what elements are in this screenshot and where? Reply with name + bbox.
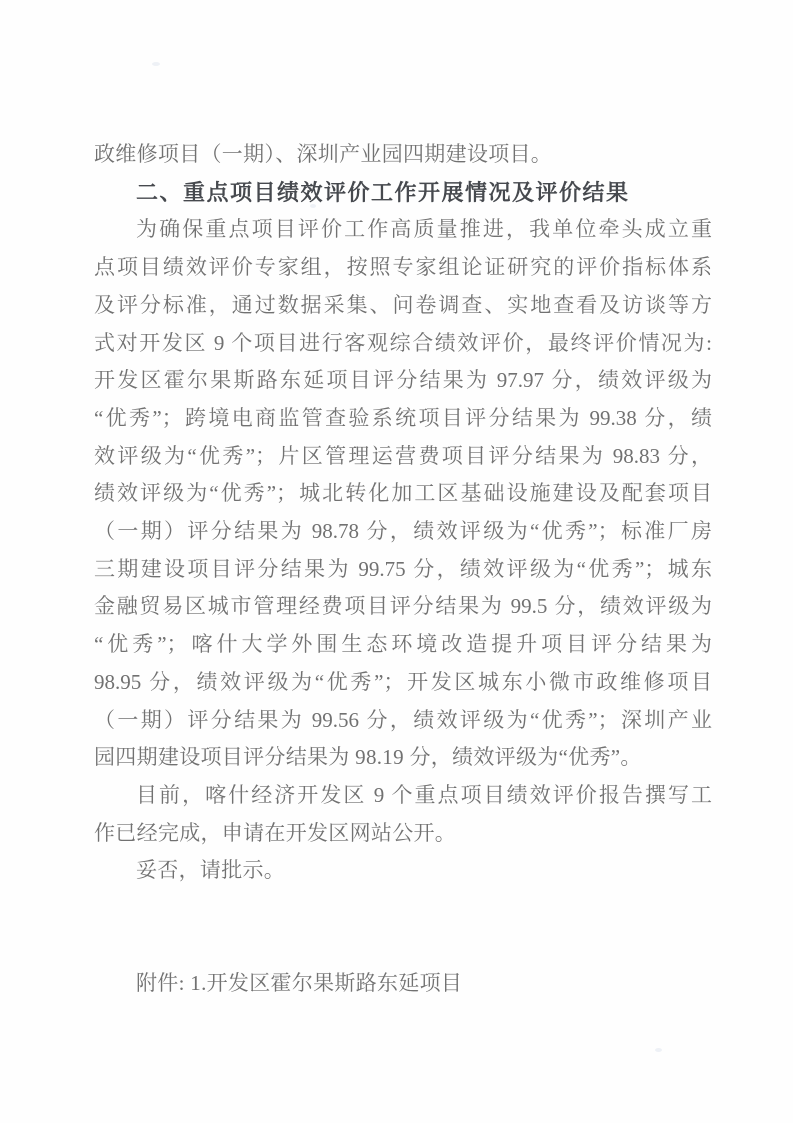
document-body: 政维修项目（一期）、深圳产业园四期建设项目。 二、重点项目绩效评价工作开展情况及… [94, 136, 712, 1003]
text-line: 绩效评级为“优秀”；城北转化加工区基础设施建设及配套项目 [94, 475, 712, 513]
text-line: “优秀”；喀什大学外围生态环境改造提升项目评分结果为 [94, 626, 712, 664]
section-heading: 二、重点项目绩效评价工作开展情况及评价结果 [94, 174, 712, 212]
scan-noise-speck [655, 1048, 662, 1052]
text-line: “优秀”；跨境电商监管查验系统项目评分结果为 99.38 分，绩 [94, 400, 712, 438]
text-line: 效评级为“优秀”；片区管理运营费项目评分结果为 98.83 分， [94, 438, 712, 476]
text-line: 为确保重点项目评价工作高质量推进，我单位牵头成立重 [94, 211, 712, 249]
text-line: （一期）评分结果为 99.56 分，绩效评级为“优秀”；深圳产业 [94, 702, 712, 740]
document-page: 政维修项目（一期）、深圳产业园四期建设项目。 二、重点项目绩效评价工作开展情况及… [0, 0, 793, 1123]
text-line-paragraph-end: 政维修项目（一期）、深圳产业园四期建设项目。 [94, 136, 712, 174]
text-line: （一期）评分结果为 98.78 分，绩效评级为“优秀”；标准厂房 [94, 513, 712, 551]
text-line: 目前，喀什经济开发区 9 个重点项目绩效评价报告撰写工 [94, 777, 712, 815]
text-line-paragraph-end: 作已经完成，申请在开发区网站公开。 [94, 815, 712, 853]
text-line: 金融贸易区城市管理经费项目评分结果为 99.5 分，绩效评级为 [94, 588, 712, 626]
text-line-paragraph-end: 园四期建设项目评分结果为 98.19 分，绩效评级为“优秀”。 [94, 739, 712, 777]
text-line-approval-request: 妥否，请批示。 [94, 852, 712, 890]
text-line: 及评分标准，通过数据采集、问卷调查、实地查看及访谈等方 [94, 287, 712, 325]
text-line: 三期建设项目评分结果为 99.75 分，绩效评级为“优秀”；城东 [94, 551, 712, 589]
text-line: 点项目绩效评价专家组，按照专家组论证研究的评价指标体系 [94, 249, 712, 287]
attachment-list-line: 附件: 1.开发区霍尔果斯路东延项目 [94, 965, 712, 1003]
text-line: 98.95 分，绩效评级为“优秀”；开发区城东小微市政维修项目 [94, 664, 712, 702]
text-line: 式对开发区 9 个项目进行客观综合绩效评价，最终评价情况为: [94, 325, 712, 363]
text-line: 开发区霍尔果斯路东延项目评分结果为 97.97 分，绩效评级为 [94, 362, 712, 400]
scan-noise-speck [152, 62, 160, 66]
